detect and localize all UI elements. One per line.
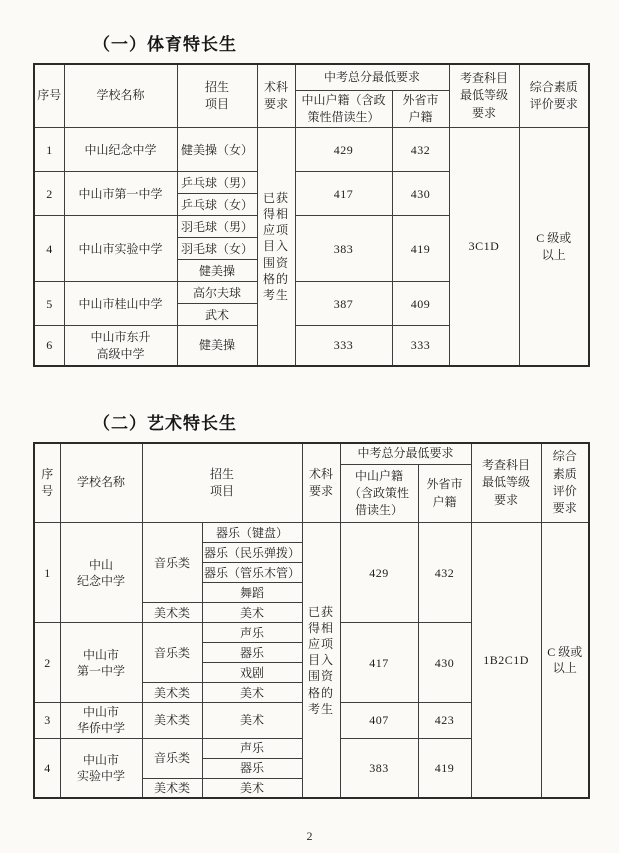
school-name-cell: 中山市东升 高级中学	[64, 326, 177, 366]
header-score-zhongshan: 中山户籍 （含政策性 借读生）	[340, 465, 418, 523]
header-program: 招生 项目	[142, 443, 302, 523]
quality-eval-cell: C 级或 以上	[541, 523, 589, 798]
header-school-name: 学校名称	[64, 64, 177, 128]
program-cell: 美术	[202, 778, 302, 798]
score-zhongshan-cell: 429	[295, 128, 392, 172]
header-school-name: 学校名称	[60, 443, 142, 523]
school-name-cell: 中山市桂山中学	[64, 282, 177, 326]
header-subject-grade: 考查科目 最低等级 要求	[449, 64, 519, 128]
skill-requirement-note: 已获 得相 应项 目入 围资 格的 考生	[257, 128, 295, 366]
school-name-cell: 中山市 第一中学	[60, 623, 142, 703]
program-cell: 器乐	[202, 758, 302, 778]
program-category-cell: 音乐类	[142, 738, 202, 778]
document-page: （一）体育特长生 序号 学校名称 招生 项目 术科 要求 中考总分最低要求 考查…	[0, 0, 619, 853]
seq-cell: 5	[34, 282, 64, 326]
seq-cell: 1	[34, 523, 60, 623]
score-zhongshan-cell: 387	[295, 282, 392, 326]
program-category-cell: 美术类	[142, 683, 202, 703]
score-other-province-cell: 432	[418, 523, 471, 623]
header-seq: 序 号	[34, 443, 60, 523]
program-cell: 美术	[202, 603, 302, 623]
program-cell: 武术	[177, 304, 257, 326]
score-other-province-cell: 432	[392, 128, 449, 172]
score-other-province-cell: 423	[418, 703, 471, 738]
section-title-arts: （二）艺术特长生	[93, 409, 619, 434]
program-cell: 乒乓球（女）	[177, 194, 257, 216]
program-cell: 健美操	[177, 326, 257, 366]
seq-cell: 1	[34, 128, 64, 172]
header-subject-grade: 考查科目 最低等级 要求	[471, 443, 541, 523]
school-name-cell: 中山 纪念中学	[60, 523, 142, 623]
score-zhongshan-cell: 417	[295, 172, 392, 216]
score-other-province-cell: 333	[392, 326, 449, 366]
section-title-sports: （一）体育特长生	[93, 30, 619, 55]
program-cell: 器乐（键盘）	[202, 523, 302, 543]
school-name-cell: 中山市 实验中学	[60, 738, 142, 798]
header-quality-eval: 综合 素质 评价 要求	[541, 443, 589, 523]
program-category-cell: 音乐类	[142, 623, 202, 683]
program-cell: 羽毛球（男）	[177, 216, 257, 238]
arts-table: 序 号 学校名称 招生 项目 术科 要求 中考总分最低要求 考查科目 最低等级 …	[33, 442, 590, 799]
score-zhongshan-cell: 429	[340, 523, 418, 623]
header-score-group: 中考总分最低要求	[340, 443, 471, 465]
score-zhongshan-cell: 383	[295, 216, 392, 282]
school-name-cell: 中山市实验中学	[64, 216, 177, 282]
sports-table: 序号 学校名称 招生 项目 术科 要求 中考总分最低要求 考查科目 最低等级 要…	[33, 63, 590, 367]
score-zhongshan-cell: 417	[340, 623, 418, 703]
program-cell: 健美操（女）	[177, 128, 257, 172]
seq-cell: 3	[34, 703, 60, 738]
header-quality-eval: 综合素质 评价要求	[519, 64, 589, 128]
program-category-cell: 美术类	[142, 703, 202, 738]
score-other-province-cell: 419	[418, 738, 471, 798]
program-cell: 美术	[202, 703, 302, 738]
program-cell: 高尔夫球	[177, 282, 257, 304]
program-cell: 美术	[202, 683, 302, 703]
program-category-cell: 美术类	[142, 603, 202, 623]
program-cell: 乒乓球（男）	[177, 172, 257, 194]
program-cell: 器乐（管乐木管）	[202, 563, 302, 583]
program-cell: 声乐	[202, 738, 302, 758]
program-cell: 器乐（民乐弹拨）	[202, 543, 302, 563]
seq-cell: 2	[34, 172, 64, 216]
score-other-province-cell: 419	[392, 216, 449, 282]
seq-cell: 2	[34, 623, 60, 703]
score-other-province-cell: 409	[392, 282, 449, 326]
score-other-province-cell: 430	[392, 172, 449, 216]
header-score-other-province: 外省市 户籍	[392, 90, 449, 128]
seq-cell: 4	[34, 738, 60, 798]
header-skill-requirement: 术科 要求	[302, 443, 340, 523]
school-name-cell: 中山纪念中学	[64, 128, 177, 172]
header-program: 招生 项目	[177, 64, 257, 128]
score-other-province-cell: 430	[418, 623, 471, 703]
program-cell: 健美操	[177, 260, 257, 282]
score-zhongshan-cell: 333	[295, 326, 392, 366]
program-cell: 羽毛球（女）	[177, 238, 257, 260]
score-zhongshan-cell: 407	[340, 703, 418, 738]
seq-cell: 4	[34, 216, 64, 282]
quality-eval-cell: C 级或 以上	[519, 128, 589, 366]
header-score-group: 中考总分最低要求	[295, 64, 449, 90]
header-score-other-province: 外省市 户籍	[418, 465, 471, 523]
header-seq: 序号	[34, 64, 64, 128]
program-category-cell: 美术类	[142, 778, 202, 798]
program-cell: 器乐	[202, 643, 302, 663]
school-name-cell: 中山市 华侨中学	[60, 703, 142, 738]
subject-grade-cell: 3C1D	[449, 128, 519, 366]
score-zhongshan-cell: 383	[340, 738, 418, 798]
header-skill-requirement: 术科 要求	[257, 64, 295, 128]
subject-grade-cell: 1B2C1D	[471, 523, 541, 798]
header-score-zhongshan: 中山户籍（含政 策性借读生）	[295, 90, 392, 128]
school-name-cell: 中山市第一中学	[64, 172, 177, 216]
program-cell: 声乐	[202, 623, 302, 643]
program-category-cell: 音乐类	[142, 523, 202, 603]
program-cell: 戏剧	[202, 663, 302, 683]
seq-cell: 6	[34, 326, 64, 366]
skill-requirement-note: 已获 得相 应项 目入 围资 格的 考生	[302, 523, 340, 798]
program-cell: 舞蹈	[202, 583, 302, 603]
page-number: 2	[0, 829, 619, 844]
